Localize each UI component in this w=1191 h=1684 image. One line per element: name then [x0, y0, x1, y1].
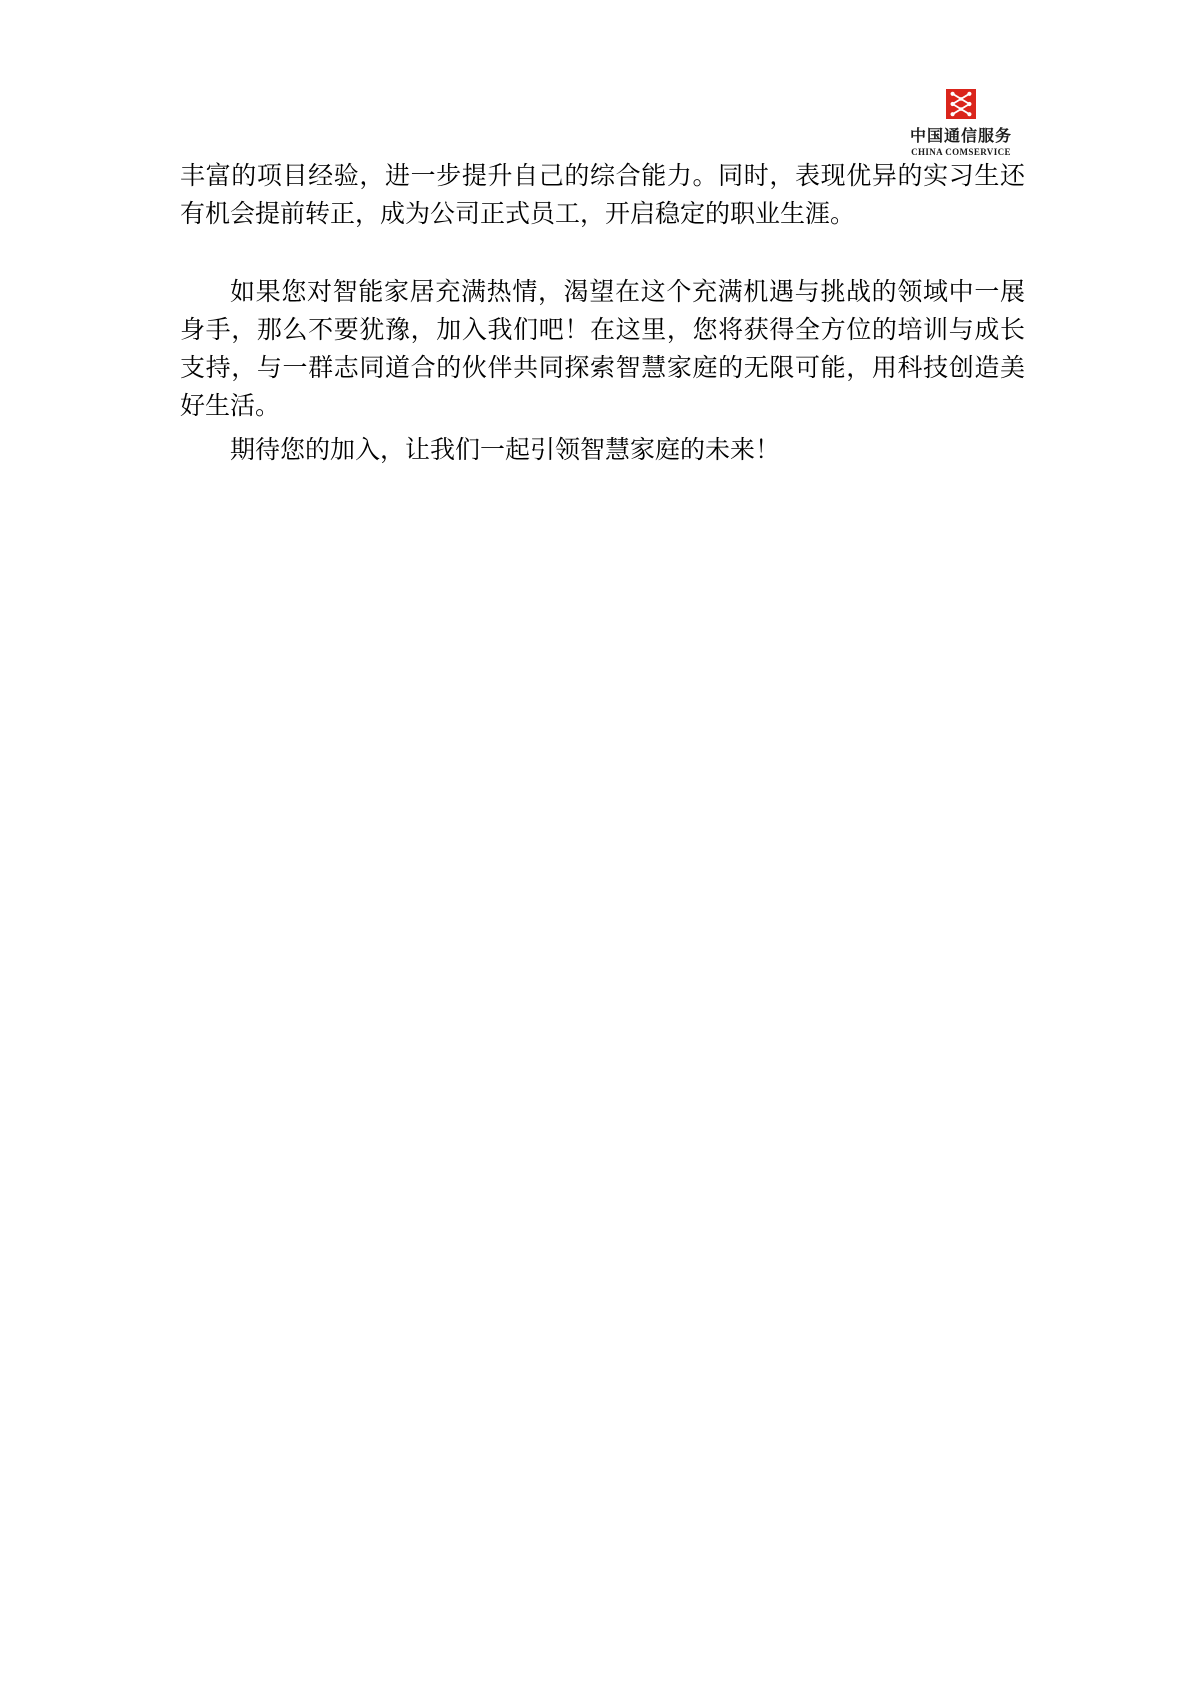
document-page: 中国通信服务 CHINA COMSERVICE 丰富的项目经验，进一步提升自己的…	[0, 0, 1191, 1684]
logo-name-cn: 中国通信服务	[906, 129, 1016, 145]
document-body: 丰富的项目经验，进一步提升自己的综合能力。同时，表现优异的实习生还有机会提前转正…	[180, 158, 1025, 470]
logo-name-en: CHINA COMSERVICE	[906, 148, 1016, 157]
paragraph: 期待您的加入，让我们一起引领智慧家庭的未来！	[180, 432, 1025, 470]
china-comservice-knot-icon	[946, 89, 976, 119]
paragraph: 如果您对智能家居充满热情，渴望在这个充满机遇与挑战的领域中一展身手，那么不要犹豫…	[180, 274, 1025, 426]
paragraph: 丰富的项目经验，进一步提升自己的综合能力。同时，表现优异的实习生还有机会提前转正…	[180, 158, 1025, 234]
company-logo: 中国通信服务 CHINA COMSERVICE	[906, 89, 1016, 157]
